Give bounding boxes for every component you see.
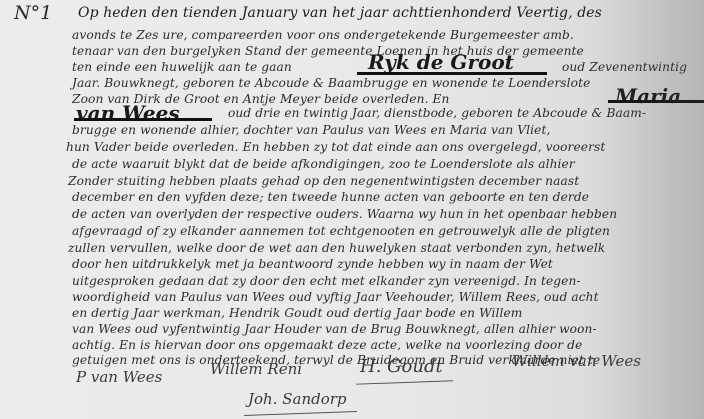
bride-last-name-heading: van Wees: [76, 101, 180, 125]
text-line-21: achtig. En is hiervan door ons opgemaakt…: [72, 338, 582, 352]
bride-last-name-underline: [74, 118, 212, 121]
signature-willem-van-wees: Willem van Wees: [512, 352, 641, 370]
text-line-5: Jaar. Bouwknegt, geboren te Abcoude & Ba…: [72, 76, 590, 90]
bride-first-name-underline: [608, 100, 704, 103]
text-line-18: woordigheid van Paulus van Wees oud vyft…: [72, 290, 599, 304]
text-line-1: Op heden den tienden January van het jaa…: [78, 5, 602, 21]
signature-willem-reni: Willem Reni: [210, 360, 302, 378]
text-line-10: de acte waaruit blykt dat de beide afkon…: [72, 157, 575, 171]
record-number: N°1: [14, 2, 52, 24]
groom-name-heading: Ryk de Groot: [368, 50, 514, 74]
groom-name-underline: [357, 72, 547, 75]
text-line-14: afgevraagd of zy elkander aannemen tot e…: [72, 224, 610, 238]
bride-first-name-heading: Maria: [615, 84, 681, 108]
text-line-9: hun Vader beide overleden. En hebben zy …: [66, 140, 605, 154]
text-line-17: uitgesproken gedaan dat zy door den echt…: [72, 274, 581, 288]
text-line-2: avonds te Zes ure, compareerden voor ons…: [72, 28, 574, 42]
signature-joh-sandorp: Joh. Sandorp: [248, 390, 347, 408]
text-line-13: de acten van overlyden der respective ou…: [72, 207, 617, 221]
text-line-7: oud drie en twintig Jaar, dienstbode, ge…: [228, 106, 646, 120]
text-line-20: van Wees oud vyfentwintig Jaar Houder va…: [72, 322, 597, 336]
text-line-12: december en den vyfden deze; ten tweede …: [72, 190, 589, 204]
text-line-4: ten einde een huwelijk aan te gaan: [72, 60, 292, 74]
text-line-15: zullen vervullen, welke door de wet aan …: [68, 241, 605, 255]
text-line-11: Zonder stuiting hebben plaats gehad op d…: [68, 174, 579, 188]
text-line-16: door hen uitdrukkelyk met ja beantwoord …: [72, 257, 553, 271]
signature-p-van-wees: P van Wees: [76, 368, 162, 386]
text-line-8: brugge en wonende alhier, dochter van Pa…: [72, 123, 550, 137]
text-line-19: en dertig Jaar werkman, Hendrik Goudt ou…: [72, 306, 522, 320]
signature-h-goudt: H. Goudt: [360, 356, 443, 377]
scanned-record-page: N°1 Op heden den tienden January van het…: [0, 0, 704, 419]
text-line-4b: oud Zevenentwintig: [562, 60, 687, 74]
